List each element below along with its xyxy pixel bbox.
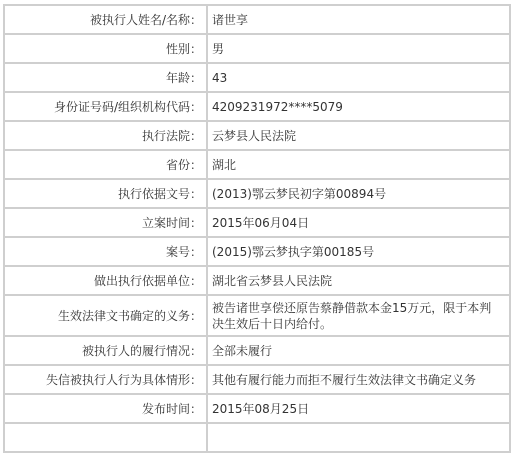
field-value-province: 湖北 bbox=[207, 150, 510, 179]
field-value-performance: 全部未履行 bbox=[207, 336, 510, 365]
table-row bbox=[4, 423, 510, 452]
field-label-age: 年龄： bbox=[4, 63, 207, 92]
table-row: 性别： 男 bbox=[4, 34, 510, 63]
field-value-filing-date: 2015年06月04日 bbox=[207, 208, 510, 237]
table-row: 案号： (2015)鄂云梦执字第00185号 bbox=[4, 237, 510, 266]
field-value-case-number: (2015)鄂云梦执字第00185号 bbox=[207, 237, 510, 266]
field-label-empty bbox=[4, 423, 207, 452]
field-label-basis-doc-number: 执行依据文号： bbox=[4, 179, 207, 208]
field-label-id-number: 身份证号码/组织机构代码： bbox=[4, 92, 207, 121]
table-row: 省份： 湖北 bbox=[4, 150, 510, 179]
table-row: 做出执行依据单位： 湖北省云梦县人民法院 bbox=[4, 266, 510, 295]
field-label-dishonest-behavior: 失信被执行人行为具体情形： bbox=[4, 365, 207, 394]
field-value-dishonest-behavior: 其他有履行能力而拒不履行生效法律文书确定义务 bbox=[207, 365, 510, 394]
field-value-publish-date: 2015年08月25日 bbox=[207, 394, 510, 423]
table-row: 生效法律文书确定的义务： 被告诸世享偿还原告蔡静借款本金15万元，限于本判决生效… bbox=[4, 295, 510, 336]
table-row: 执行依据文号： (2013)鄂云梦民初字第00894号 bbox=[4, 179, 510, 208]
field-label-filing-date: 立案时间： bbox=[4, 208, 207, 237]
field-label-court: 执行法院： bbox=[4, 121, 207, 150]
table-row: 立案时间： 2015年06月04日 bbox=[4, 208, 510, 237]
field-value-empty bbox=[207, 423, 510, 452]
table-row: 被执行人的履行情况： 全部未履行 bbox=[4, 336, 510, 365]
table-row: 失信被执行人行为具体情形： 其他有履行能力而拒不履行生效法律文书确定义务 bbox=[4, 365, 510, 394]
table-row: 执行法院： 云梦县人民法院 bbox=[4, 121, 510, 150]
field-value-obligation: 被告诸世享偿还原告蔡静借款本金15万元，限于本判决生效后十日内给付。 bbox=[207, 295, 510, 336]
table-row: 身份证号码/组织机构代码： 4209231972****5079 bbox=[4, 92, 510, 121]
table-row: 年龄： 43 bbox=[4, 63, 510, 92]
table-row: 被执行人姓名/名称： 诸世享 bbox=[4, 5, 510, 34]
field-label-issuing-unit: 做出执行依据单位： bbox=[4, 266, 207, 295]
field-label-performance: 被执行人的履行情况： bbox=[4, 336, 207, 365]
field-value-basis-doc-number: (2013)鄂云梦民初字第00894号 bbox=[207, 179, 510, 208]
field-value-name: 诸世享 bbox=[207, 5, 510, 34]
field-value-id-number: 4209231972****5079 bbox=[207, 92, 510, 121]
field-value-age: 43 bbox=[207, 63, 510, 92]
field-label-province: 省份： bbox=[4, 150, 207, 179]
field-label-name: 被执行人姓名/名称： bbox=[4, 5, 207, 34]
field-label-obligation: 生效法律文书确定的义务： bbox=[4, 295, 207, 336]
field-label-case-number: 案号： bbox=[4, 237, 207, 266]
field-label-gender: 性别： bbox=[4, 34, 207, 63]
field-value-court: 云梦县人民法院 bbox=[207, 121, 510, 150]
dishonest-debtor-record-table: 被执行人姓名/名称： 诸世享 性别： 男 年龄： 43 身份证号码/组织机构代码… bbox=[3, 4, 511, 453]
table-row: 发布时间： 2015年08月25日 bbox=[4, 394, 510, 423]
field-value-issuing-unit: 湖北省云梦县人民法院 bbox=[207, 266, 510, 295]
field-label-publish-date: 发布时间： bbox=[4, 394, 207, 423]
field-value-gender: 男 bbox=[207, 34, 510, 63]
